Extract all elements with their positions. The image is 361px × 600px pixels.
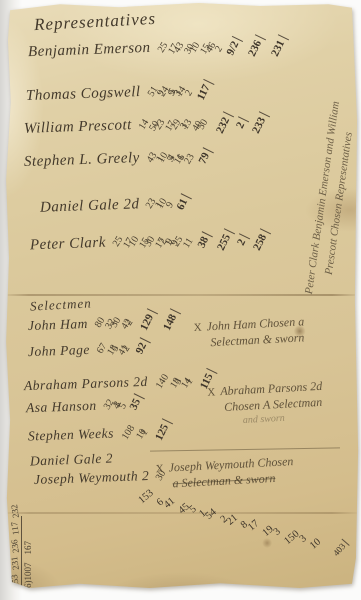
sel-row-abraham-parsons: Abraham Parsons 2d 140183141 115	[24, 376, 219, 392]
person-name: John Ham	[28, 316, 88, 334]
paper-surface: Representatives Benjamin Emerson 2517433…	[0, 0, 361, 600]
division-quotient: 167	[23, 541, 33, 555]
note-joseph-weymouth-chosen: XJoseph Weymouth Chosen a Selectman & sw…	[155, 451, 356, 493]
vote-totals: 92	[133, 341, 151, 353]
person-name: John Page	[28, 342, 90, 360]
sel-row-john-ham: John Ham 803230422 129148	[28, 317, 183, 333]
rep-row-benjamin-emerson: Benjamin Emerson 251743301015462 9/22362…	[28, 42, 291, 59]
sel-row-daniel-gale-2: Daniel Gale 2	[30, 452, 121, 468]
person-name: Benjamin Emerson	[28, 40, 151, 61]
vote-totals: 382552258	[195, 235, 273, 247]
vote-totals: 125	[151, 425, 175, 437]
vote-totals: 61	[174, 197, 192, 209]
note-john-ham-chosen: XJohn Ham Chosen a Selectman & sworn	[193, 312, 349, 351]
person-name: William Prescott	[24, 117, 132, 138]
vote-totals: 117	[193, 85, 216, 97]
sum-addends: 253231236117232	[10, 505, 20, 588]
vote-tallies: 32435	[105, 399, 122, 410]
sel-row-joseph-weymouth: Joseph Weymouth 2 30	[34, 470, 165, 486]
diagonal-tallies: 153641455154221817193150310	[135, 489, 321, 549]
ruled-pencil-line	[150, 447, 340, 451]
division-expression: 6)1007	[23, 563, 33, 589]
vote-tallies: 14502317293134050	[140, 119, 207, 130]
person-name: Daniel Gale 2d	[40, 196, 140, 216]
scanned-document: Representatives Benjamin Emerson 2517433…	[0, 0, 361, 600]
vote-tallies: 25171015301721992511	[114, 236, 190, 247]
rep-row-thomas-cogswell: Thomas Cogswell 51924953142 117	[26, 86, 216, 103]
diagonal-end-totals: 403405	[328, 541, 361, 562]
rep-row-william-prescott: William Prescott 14502317293134050 23222…	[24, 119, 271, 136]
vote-tallies: 803230422	[96, 317, 131, 328]
person-name: Thomas Cogswell	[26, 84, 141, 105]
vote-tallies: 251743301015462	[159, 42, 218, 53]
person-name: Asa Hanson	[26, 398, 97, 416]
x-mark: X	[193, 322, 202, 334]
note-abraham-parsons-chosen: XAbraham Parsons 2d Chosen A Selectman a…	[207, 377, 354, 429]
sum-column-rotated: 253231236117232 6)1007 167	[10, 505, 33, 588]
person-name: Stephen L. Greely	[24, 150, 140, 171]
person-name: Daniel Gale 2	[30, 451, 114, 470]
vote-totals: 9/2236231	[223, 41, 291, 53]
person-name: Stephen Weeks	[28, 426, 114, 445]
person-name: Abraham Parsons 2d	[24, 374, 148, 394]
division-result: 6)1007 167	[21, 516, 33, 588]
fold-crease-upper	[0, 294, 361, 296]
vote-totals: 35	[127, 397, 145, 409]
person-name: Joseph Weymouth 2	[34, 468, 150, 488]
sel-row-stephen-weeks: Stephen Weeks 108101 125	[28, 427, 174, 443]
x-mark: X	[155, 463, 164, 475]
vote-totals: 129148	[136, 315, 183, 327]
paper-sheet: Representatives Benjamin Emerson 2517433…	[0, 0, 361, 600]
margin-note-representatives-chosen: Peter Clark Benjamin Emerson and William…	[301, 26, 361, 298]
rep-row-peter-clark: Peter Clark 25171015301721992511 3825522…	[30, 236, 272, 253]
vote-tallies: 51924953142	[149, 86, 188, 97]
selectmen-heading: Selectmen	[30, 295, 92, 314]
vote-tallies: 67185412	[98, 343, 128, 354]
vote-totals: 79	[196, 151, 214, 163]
sel-row-john-page: John Page 67185412 92	[28, 343, 151, 359]
person-name: Peter Clark	[30, 235, 106, 255]
rep-row-stephen-greely: Stephen L. Greely 431105411623 79	[24, 152, 214, 169]
vote-tallies: 231109	[147, 198, 169, 209]
sel-row-asa-hanson: Asa Hanson 32435 35	[26, 399, 145, 415]
vote-tallies: 140183141	[156, 376, 191, 387]
diagonal-tally-line: 153641455154221817193150310 403405	[135, 489, 361, 562]
rep-row-daniel-gale: Daniel Gale 2d 231109 61	[40, 198, 192, 215]
representatives-heading: Representatives	[34, 9, 157, 35]
vote-totals: 2322233	[212, 118, 272, 130]
x-mark: X	[207, 386, 216, 398]
vote-tallies: 108101	[122, 427, 146, 438]
vote-tallies: 431105411623	[148, 152, 192, 163]
